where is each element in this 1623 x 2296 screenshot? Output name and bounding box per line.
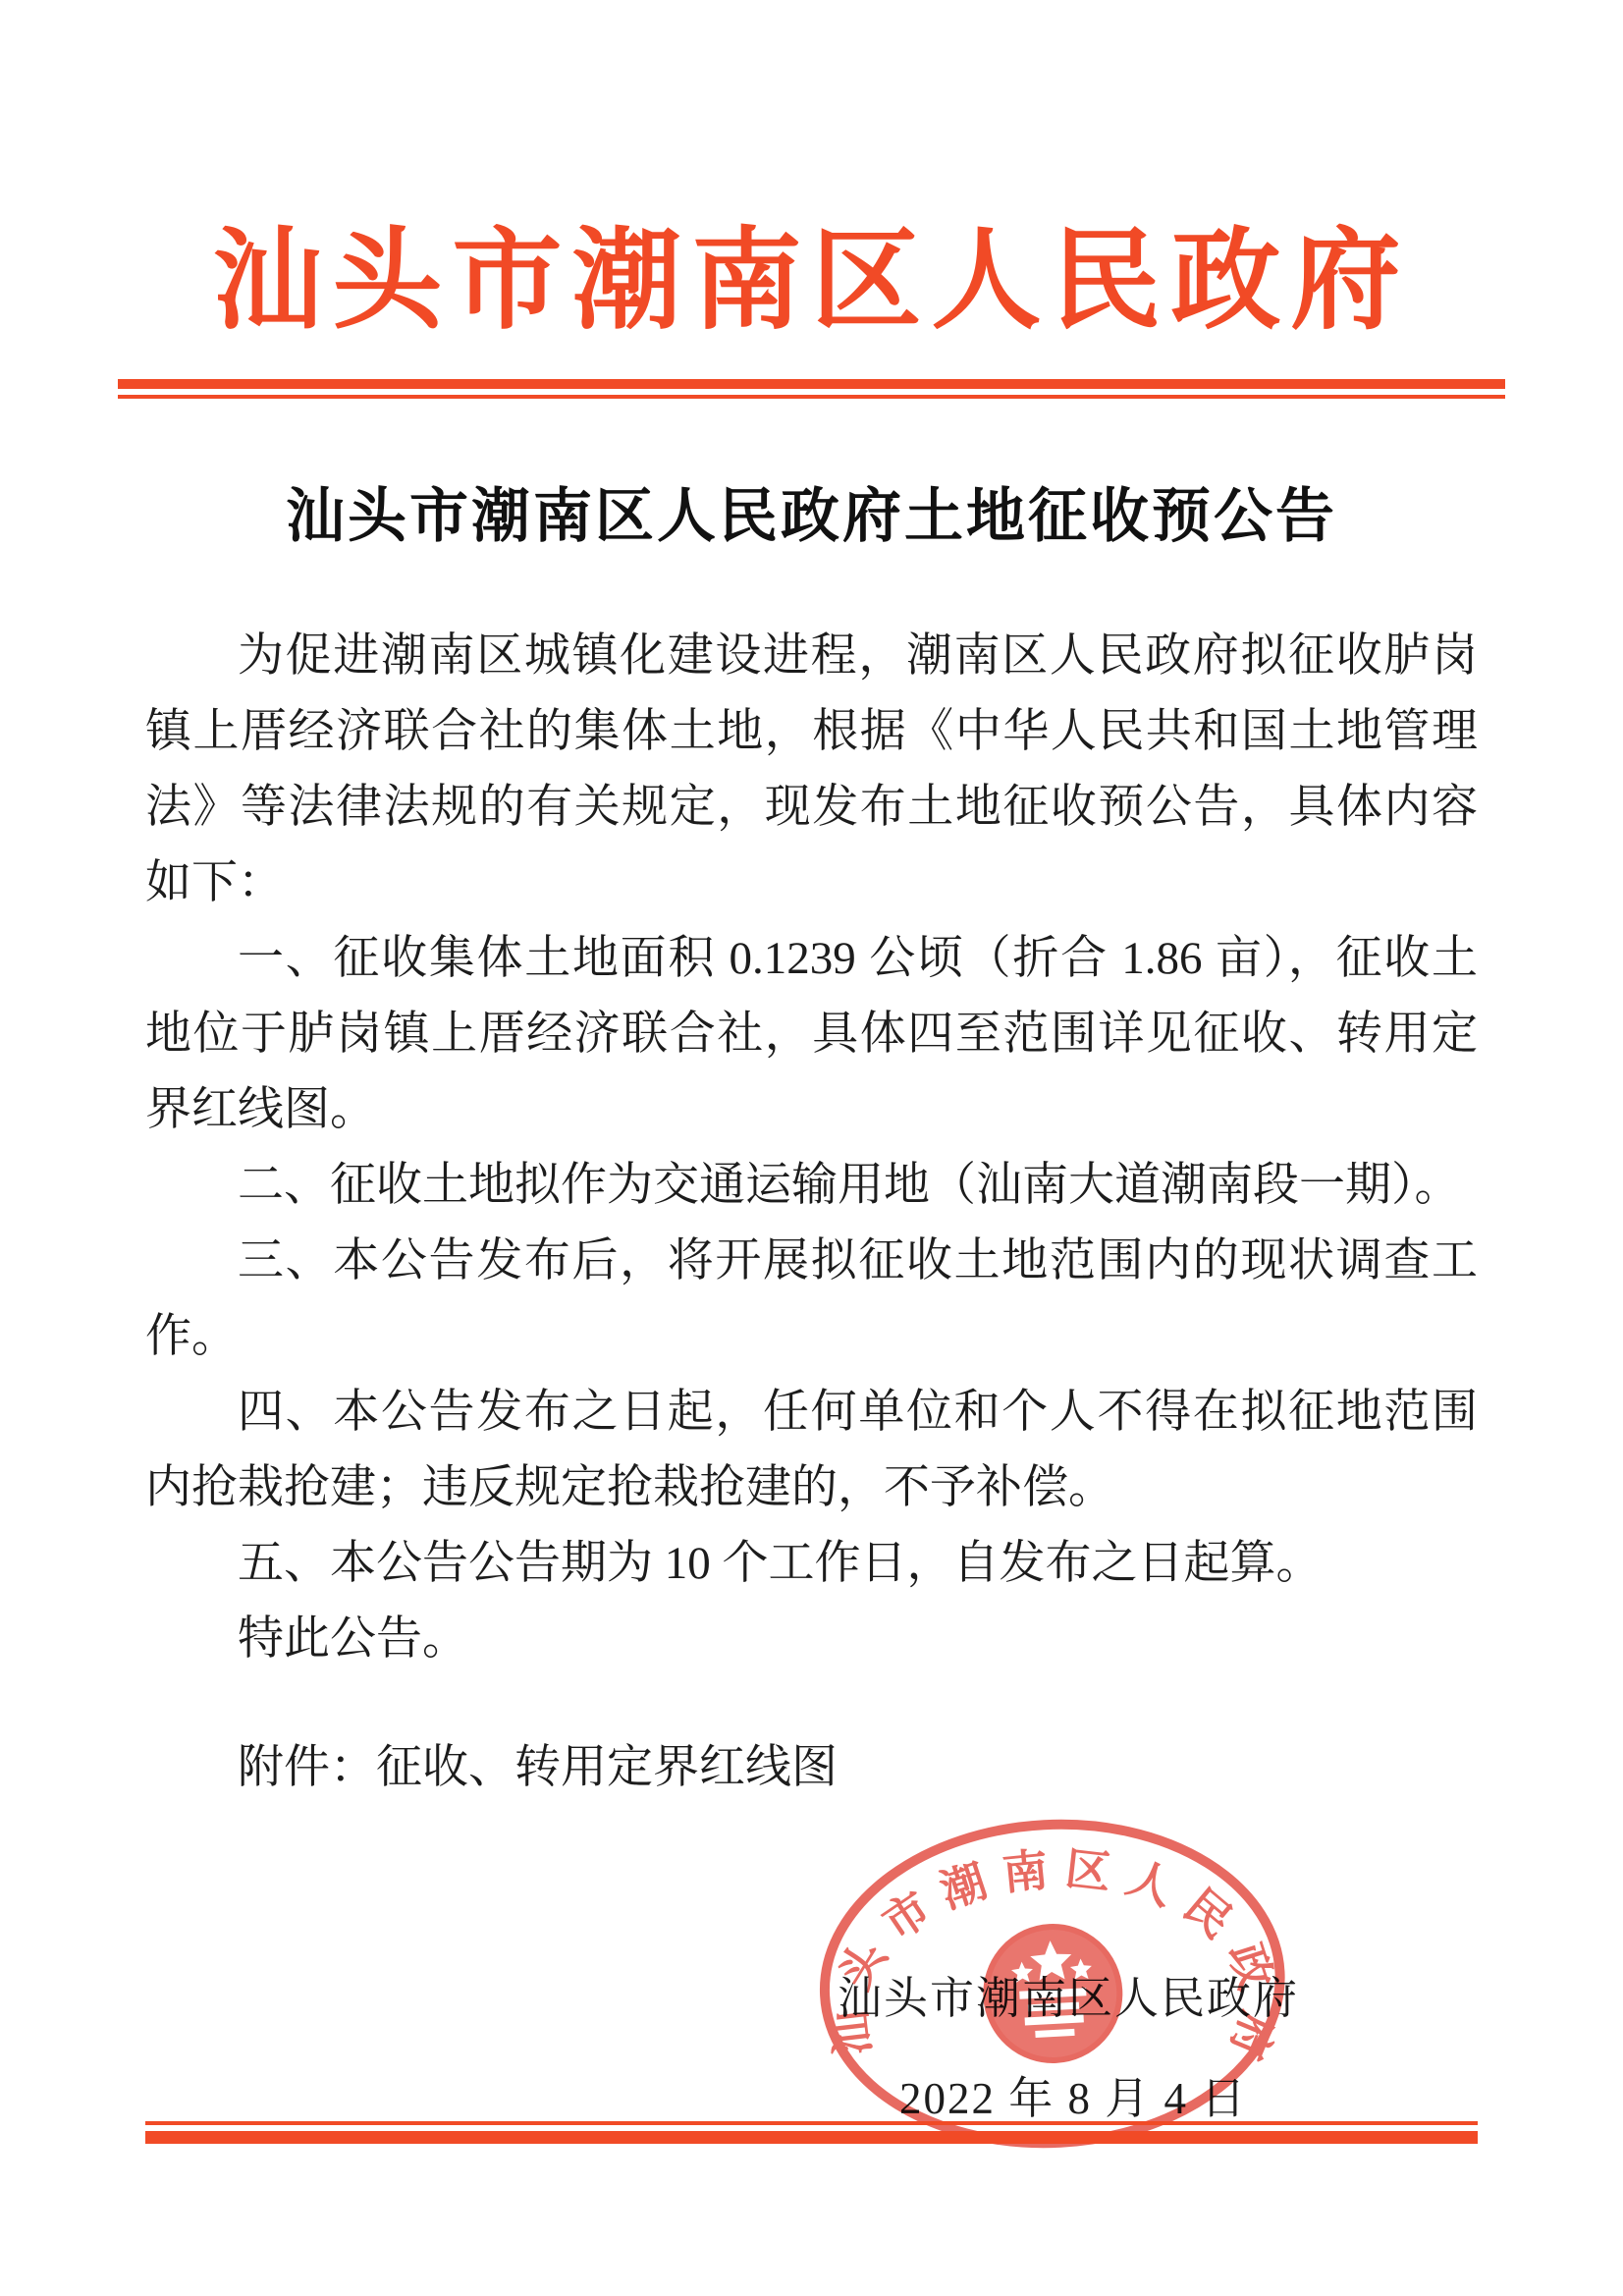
signature-date: 2022 年 8 月 4 日 — [899, 2062, 1247, 2126]
body-paragraph-intro: 为促进潮南区城镇化建设进程，潮南区人民政府拟征收胪岗镇上厝经济联合社的集体土地，… — [145, 619, 1478, 921]
footer-divider — [145, 2121, 1478, 2144]
body-paragraph-closing: 特此公告。 — [145, 1602, 1478, 1677]
signature-agency: 汕头市潮南区人民政府 — [838, 1962, 1299, 2026]
document-title: 汕头市潮南区人民政府土地征收预公告 — [0, 469, 1623, 554]
masthead-divider-thin-line — [118, 395, 1505, 399]
attachment-line: 附件：征收、转用定界红线图 — [145, 1730, 1478, 1806]
body-paragraph-item-5: 五、本公告公告期为 10 个工作日，自发布之日起算。 — [145, 1526, 1478, 1602]
document-page: 汕头市潮南区人民政府 汕头市潮南区人民政府土地征收预公告 为促进潮南区城镇化建设… — [0, 0, 1623, 2296]
masthead-divider — [118, 379, 1505, 399]
masthead-agency-name: 汕头市潮南区人民政府 — [0, 192, 1623, 351]
masthead-divider-thick-line — [118, 379, 1505, 389]
document-body: 为促进潮南区城镇化建设进程，潮南区人民政府拟征收胪岗镇上厝经济联合社的集体土地，… — [145, 619, 1478, 1677]
body-paragraph-item-2: 二、征收土地拟作为交通运输用地（汕南大道潮南段一期）。 — [145, 1148, 1478, 1224]
body-paragraph-item-4: 四、本公告发布之日起，任何单位和个人不得在拟征地范围内抢栽抢建；违反规定抢栽抢建… — [145, 1375, 1478, 1526]
body-paragraph-item-3: 三、本公告发布后，将开展拟征收土地范围内的现状调查工作。 — [145, 1224, 1478, 1375]
footer-divider-thick-line — [145, 2131, 1478, 2144]
body-paragraph-item-1: 一、征收集体土地面积 0.1239 公顷（折合 1.86 亩），征收土地位于胪岗… — [145, 921, 1478, 1148]
